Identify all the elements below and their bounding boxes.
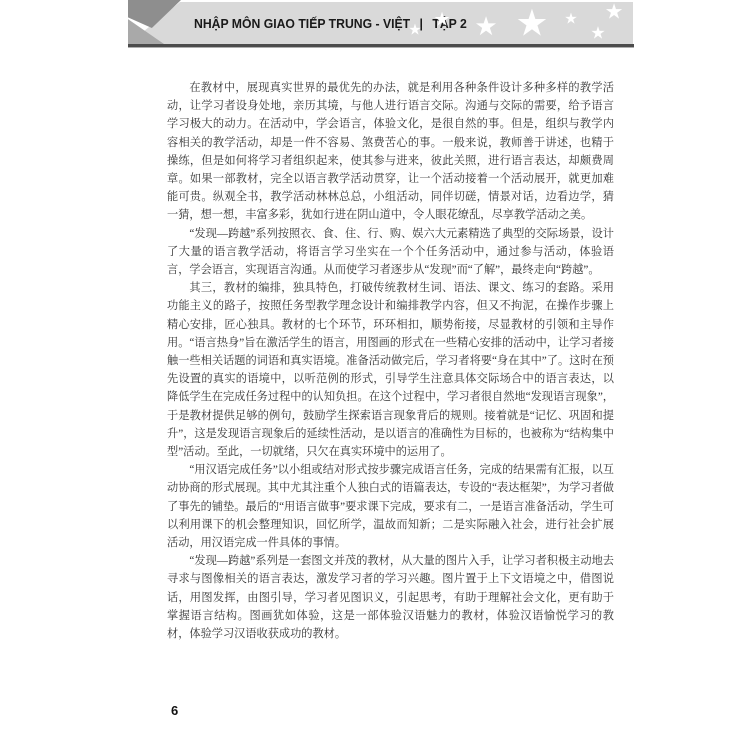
paragraph-3: 其三，教材的编排，独具特色，打破传统教材生词、语法、课文、练习的套路。采用功能主…: [167, 279, 614, 461]
page-number: 6: [171, 703, 178, 718]
star-icon: ★: [590, 25, 605, 42]
paragraph-2: “发现—跨越”系列按照衣、食、住、行、购、娱六大元素精选了典型的交际场景，设计了…: [167, 225, 614, 280]
paragraph-1: 在教材中，展现真实世界的最优先的办法，就是利用各种条件设计多种多样的教学活动，让…: [167, 79, 614, 225]
header-title-group: NHẬP MÔN GIAO TIẾP TRUNG - VIỆT | TẬP 2: [194, 2, 467, 44]
star-icon: ★: [564, 13, 577, 28]
star-icon: ★: [515, 6, 548, 43]
star-icon: ★: [474, 14, 497, 40]
star-icon: ★: [433, 11, 450, 30]
page-body: 在教材中，展现真实世界的最优先的办法，就是利用各种条件设计多种多样的教学活动，让…: [167, 79, 614, 643]
page-header: NHẬP MÔN GIAO TIẾP TRUNG - VIỆT | TẬP 2 …: [0, 0, 750, 60]
star-icon: ★: [408, 24, 421, 39]
star-icon: ★: [605, 2, 624, 23]
header-ribbon-underline: [128, 44, 634, 48]
paragraph-5: “发现—跨越”系列是一套图文并茂的教材，从大量的图片入手，让学习者积极主动地去寻…: [167, 552, 614, 643]
paragraph-4: “用汉语完成任务”以小组或结对形式按步骤完成语言任务，完成的结果需有汇报，以互动…: [167, 461, 614, 552]
book-title: NHẬP MÔN GIAO TIẾP TRUNG - VIỆT: [194, 16, 410, 31]
